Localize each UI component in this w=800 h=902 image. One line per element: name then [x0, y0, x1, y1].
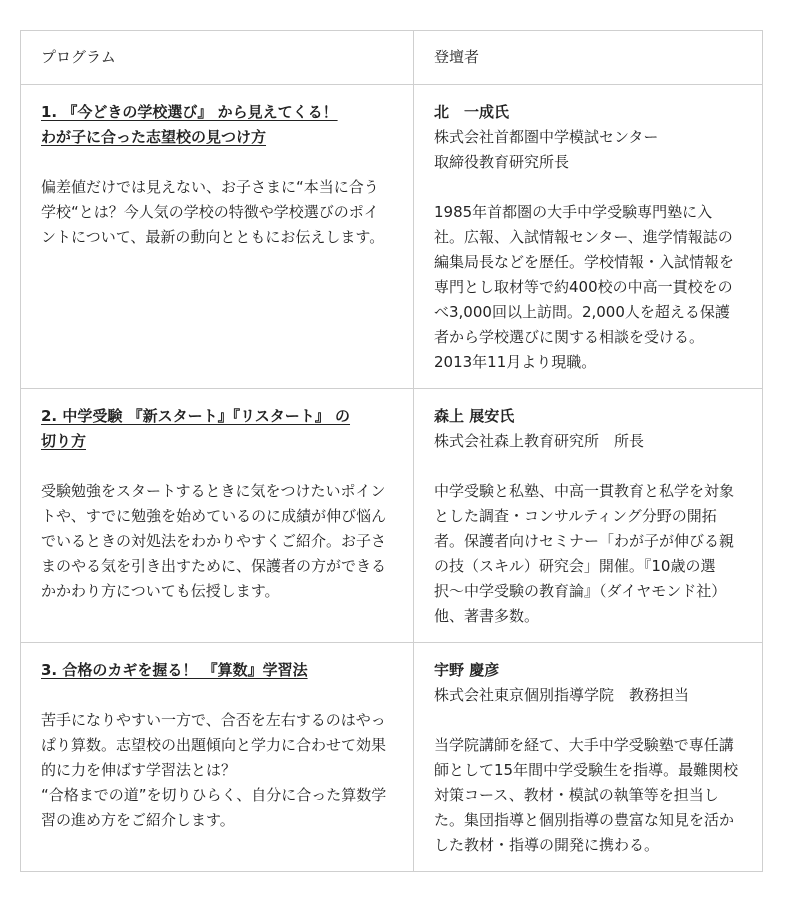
program-description: 偏差値だけでは見えない、お子さまに“本当に合う学校“とは？今人気の学校の特徴や学… — [41, 175, 393, 250]
table-row: 1. 『今どきの学校選び』 から見えてくる！ わが子に合った志望校の見つけ方 偏… — [21, 85, 763, 389]
program-cell: 1. 『今どきの学校選び』 から見えてくる！ わが子に合った志望校の見つけ方 偏… — [21, 85, 414, 389]
header-speaker: 登壇者 — [414, 31, 763, 85]
speaker-cell: 宇野 慶彦 株式会社東京個別指導学院 教務担当 当学院講師を経て、大手中学受験塾… — [414, 643, 763, 872]
speaker-cell: 北 一成氏 株式会社首都圏中学模試センター 取締役教育研究所長 1985年首都圏… — [414, 85, 763, 389]
program-title: 2. 中学受験 『新スタート』『リスタート』 の 切り方 — [41, 404, 393, 454]
speaker-name: 宇野 慶彦 — [434, 658, 742, 683]
program-cell: 3. 合格のカギを握る！ 『算数』学習法 苦手になりやすい一方で、合否を左右する… — [21, 643, 414, 872]
speaker-bio: 1985年首都圏の大手中学受験専門塾に入社。広報、入試情報センター、進学情報誌の… — [434, 200, 742, 375]
program-description: 苦手になりやすい一方で、合否を左右するのはやっぱり算数。志望校の出題傾向と学力に… — [41, 708, 393, 833]
speaker-bio: 当学院講師を経て、大手中学受験塾で専任講師として15年間中学受験生を指導。最難関… — [434, 733, 742, 858]
speaker-affiliation: 株式会社首都圏中学模試センター 取締役教育研究所長 — [434, 125, 742, 175]
table-row: 3. 合格のカギを握る！ 『算数』学習法 苦手になりやすい一方で、合否を左右する… — [21, 643, 763, 872]
header-program: プログラム — [21, 31, 414, 85]
speaker-cell: 森上 展安氏 株式会社森上教育研究所 所長 中学受験と私塾、中高一貫教育と私学を… — [414, 389, 763, 643]
program-title: 3. 合格のカギを握る！ 『算数』学習法 — [41, 658, 393, 683]
program-title: 1. 『今どきの学校選び』 から見えてくる！ わが子に合った志望校の見つけ方 — [41, 100, 393, 150]
speaker-name: 森上 展安氏 — [434, 404, 742, 429]
speaker-affiliation: 株式会社森上教育研究所 所長 — [434, 429, 742, 454]
program-speaker-table: プログラム 登壇者 1. 『今どきの学校選び』 から見えてくる！ わが子に合った… — [20, 30, 763, 872]
speaker-bio: 中学受験と私塾、中高一貫教育と私学を対象とした調査・コンサルティング分野の開拓者… — [434, 479, 742, 629]
program-cell: 2. 中学受験 『新スタート』『リスタート』 の 切り方 受験勉強をスタートする… — [21, 389, 414, 643]
program-description: 受験勉強をスタートするときに気をつけたいポイントや、すでに勉強を始めているのに成… — [41, 479, 393, 604]
table-header-row: プログラム 登壇者 — [21, 31, 763, 85]
speaker-affiliation: 株式会社東京個別指導学院 教務担当 — [434, 683, 742, 708]
speaker-name: 北 一成氏 — [434, 100, 742, 125]
table-row: 2. 中学受験 『新スタート』『リスタート』 の 切り方 受験勉強をスタートする… — [21, 389, 763, 643]
